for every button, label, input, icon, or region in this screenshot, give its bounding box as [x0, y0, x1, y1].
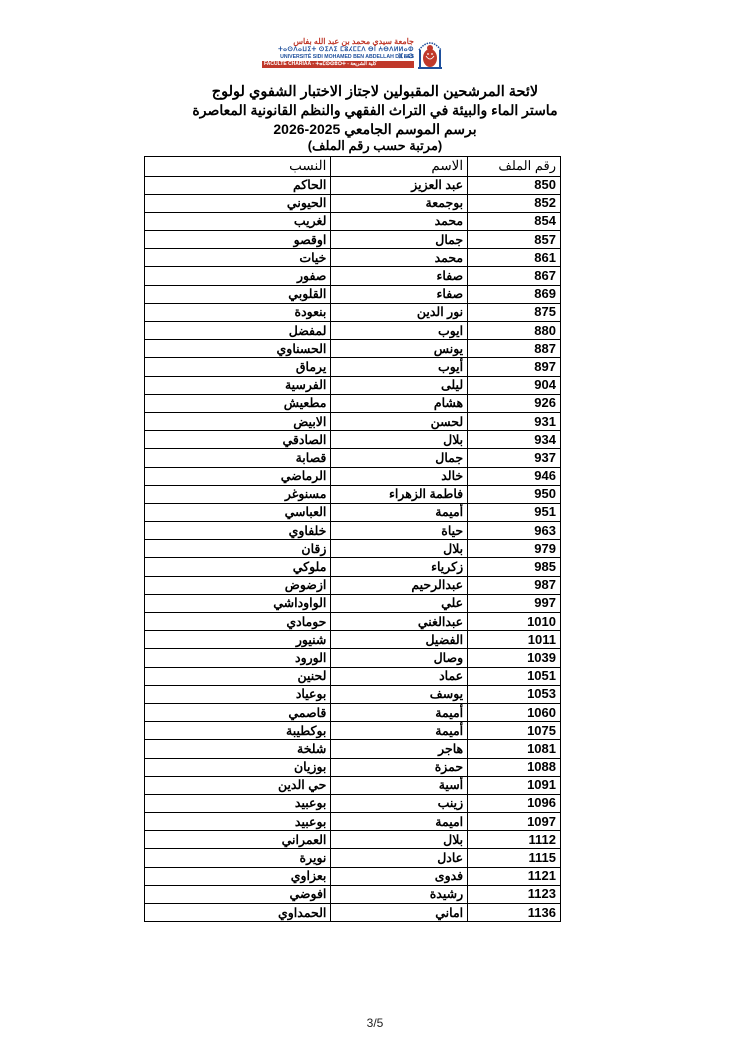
- cell-first-name: علي: [331, 594, 468, 612]
- cell-file-number: 1051: [468, 667, 561, 685]
- cell-first-name: اماني: [331, 904, 468, 922]
- cell-file-number: 1075: [468, 722, 561, 740]
- cell-last-name: حومادي: [145, 613, 331, 631]
- table-row: 1096زينببوعبيد: [145, 794, 561, 812]
- logo-text: جامعة سيدي محمد بن عبد الله بفاس ⵜⴰⵙⴷⴰⵡⵉ…: [262, 38, 414, 68]
- table-row: 1051عمادلحنين: [145, 667, 561, 685]
- cell-first-name: اميمة: [331, 813, 468, 831]
- cell-file-number: 1060: [468, 703, 561, 721]
- cell-last-name: العمراني: [145, 831, 331, 849]
- cell-file-number: 857: [468, 231, 561, 249]
- candidates-table: رقم الملف الاسم النسب 850عبد العزيزالحاك…: [144, 156, 561, 922]
- column-header-file-number: رقم الملف: [468, 157, 561, 177]
- table-row: 1115عادلنويرة: [145, 849, 561, 867]
- cell-file-number: 1123: [468, 885, 561, 903]
- cell-first-name: خالد: [331, 467, 468, 485]
- cell-last-name: الحسناوي: [145, 340, 331, 358]
- table-row: 875نور الدينبنعودة: [145, 303, 561, 321]
- table-row: 1010عبدالغنيحومادي: [145, 613, 561, 631]
- cell-last-name: خلفاوي: [145, 522, 331, 540]
- cell-file-number: 880: [468, 322, 561, 340]
- cell-last-name: الحيوني: [145, 194, 331, 212]
- table-row: 1123رشيدةافوضي: [145, 885, 561, 903]
- cell-first-name: ليلى: [331, 376, 468, 394]
- cell-last-name: ازضوض: [145, 576, 331, 594]
- cell-last-name: بوزيان: [145, 758, 331, 776]
- cell-file-number: 869: [468, 285, 561, 303]
- cell-file-number: 1112: [468, 831, 561, 849]
- cell-last-name: بوعياد: [145, 685, 331, 703]
- cell-first-name: عبدالرحيم: [331, 576, 468, 594]
- table-body: 850عبد العزيزالحاكم852بوجمعةالحيوني854مح…: [145, 176, 561, 922]
- table-row: 963حياةخلفاوي: [145, 522, 561, 540]
- cell-file-number: 1091: [468, 776, 561, 794]
- university-emblem-icon: [417, 36, 443, 70]
- cell-first-name: الفضيل: [331, 631, 468, 649]
- cell-last-name: القلوبي: [145, 285, 331, 303]
- cell-file-number: 1136: [468, 904, 561, 922]
- table-row: 997عليالواوداشي: [145, 594, 561, 612]
- cell-first-name: نور الدين: [331, 303, 468, 321]
- table-row: 979بلالزقان: [145, 540, 561, 558]
- cell-last-name: حي الدين: [145, 776, 331, 794]
- document-title: لائحة المرشحين المقبولين لاجتاز الاختبار…: [0, 84, 750, 100]
- cell-first-name: هشام: [331, 394, 468, 412]
- cell-first-name: يوسف: [331, 685, 468, 703]
- table-row: 1053يوسفبوعياد: [145, 685, 561, 703]
- table-row: 934بلالالصادقي: [145, 431, 561, 449]
- logo-tifinagh: ⵜⴰⵙⴷⴰⵡⵉⵜ ⵙⵉⴷⵉ ⵎⵓⵃⵎⵎⴷ ⴱⵏ ⵄⴱⴷⵍⵍⴰⵀ ⴼⴰⵙ: [262, 47, 414, 54]
- cell-file-number: 987: [468, 576, 561, 594]
- table-row: 985زكرياءملوكي: [145, 558, 561, 576]
- cell-file-number: 950: [468, 485, 561, 503]
- table-header-row: رقم الملف الاسم النسب: [145, 157, 561, 177]
- table-row: 1091أسيةحي الدين: [145, 776, 561, 794]
- cell-file-number: 867: [468, 267, 561, 285]
- cell-first-name: جمال: [331, 449, 468, 467]
- table-row: 857جمالاوقصو: [145, 231, 561, 249]
- table-row: 926هشاممطعيش: [145, 394, 561, 412]
- cell-first-name: عبدالغني: [331, 613, 468, 631]
- table-row: 904ليلىالفرسية: [145, 376, 561, 394]
- table-row: 987عبدالرحيمازضوض: [145, 576, 561, 594]
- cell-last-name: خيات: [145, 249, 331, 267]
- cell-last-name: بنعودة: [145, 303, 331, 321]
- cell-first-name: يونس: [331, 340, 468, 358]
- cell-last-name: افوضي: [145, 885, 331, 903]
- cell-first-name: عماد: [331, 667, 468, 685]
- table-row: 1075أميمةبوكطيبة: [145, 722, 561, 740]
- table-row: 1136امانيالحمداوي: [145, 904, 561, 922]
- cell-file-number: 852: [468, 194, 561, 212]
- cell-last-name: صفور: [145, 267, 331, 285]
- column-header-last-name: النسب: [145, 157, 331, 177]
- cell-last-name: الحاكم: [145, 176, 331, 194]
- table-row: 854محمدلغريب: [145, 212, 561, 230]
- cell-file-number: 887: [468, 340, 561, 358]
- cell-file-number: 1097: [468, 813, 561, 831]
- table-row: 869صفاءالقلوبي: [145, 285, 561, 303]
- cell-last-name: الحمداوي: [145, 904, 331, 922]
- column-header-first-name: الاسم: [331, 157, 468, 177]
- table-row: 937جمالقصابة: [145, 449, 561, 467]
- cell-last-name: شنيور: [145, 631, 331, 649]
- cell-last-name: الرماضي: [145, 467, 331, 485]
- cell-first-name: زكرياء: [331, 558, 468, 576]
- university-logo: جامعة سيدي محمد بن عبد الله بفاس ⵜⴰⵙⴷⴰⵡⵉ…: [262, 38, 442, 72]
- academic-year: برسم الموسم الجامعي 2025-2026: [0, 121, 750, 138]
- cell-first-name: بوجمعة: [331, 194, 468, 212]
- cell-last-name: مسنوغر: [145, 485, 331, 503]
- logo-faculty: FACULTE CHARIAA - ⵜⴰⵎⵙⵙⵓⵔⵜ - كلية الشريع…: [262, 61, 414, 68]
- cell-last-name: لحنين: [145, 667, 331, 685]
- table-row: 1112بلالالعمراني: [145, 831, 561, 849]
- cell-file-number: 934: [468, 431, 561, 449]
- cell-first-name: رشيدة: [331, 885, 468, 903]
- cell-first-name: محمد: [331, 249, 468, 267]
- cell-file-number: 1096: [468, 794, 561, 812]
- cell-last-name: الابيض: [145, 412, 331, 430]
- cell-file-number: 897: [468, 358, 561, 376]
- table-row: 887يونسالحسناوي: [145, 340, 561, 358]
- cell-first-name: أيوب: [331, 358, 468, 376]
- table-row: 1060أميمةقاصمي: [145, 703, 561, 721]
- cell-first-name: صفاء: [331, 285, 468, 303]
- cell-first-name: حمزة: [331, 758, 468, 776]
- table-row: 850عبد العزيزالحاكم: [145, 176, 561, 194]
- cell-last-name: ملوكي: [145, 558, 331, 576]
- cell-last-name: الفرسية: [145, 376, 331, 394]
- cell-first-name: لحسن: [331, 412, 468, 430]
- cell-file-number: 1011: [468, 631, 561, 649]
- cell-file-number: 937: [468, 449, 561, 467]
- cell-first-name: أسية: [331, 776, 468, 794]
- cell-last-name: الواوداشي: [145, 594, 331, 612]
- cell-first-name: محمد: [331, 212, 468, 230]
- page-number: 3/5: [0, 1016, 750, 1030]
- cell-first-name: أميمة: [331, 503, 468, 521]
- cell-file-number: 875: [468, 303, 561, 321]
- cell-file-number: 926: [468, 394, 561, 412]
- cell-first-name: حياة: [331, 522, 468, 540]
- cell-file-number: 861: [468, 249, 561, 267]
- table-row: 897أيوبيرماق: [145, 358, 561, 376]
- cell-first-name: هاجر: [331, 740, 468, 758]
- cell-first-name: أميمة: [331, 703, 468, 721]
- cell-file-number: 854: [468, 212, 561, 230]
- cell-last-name: نويرة: [145, 849, 331, 867]
- table-row: 852بوجمعةالحيوني: [145, 194, 561, 212]
- cell-file-number: 997: [468, 594, 561, 612]
- cell-first-name: زينب: [331, 794, 468, 812]
- table-row: 1011الفضيلشنيور: [145, 631, 561, 649]
- cell-file-number: 1053: [468, 685, 561, 703]
- table-row: 880ايوبلمفضل: [145, 322, 561, 340]
- cell-first-name: عادل: [331, 849, 468, 867]
- table-row: 861محمدخيات: [145, 249, 561, 267]
- cell-file-number: 1010: [468, 613, 561, 631]
- sort-note: (مرتبة حسب رقم الملف): [0, 138, 750, 154]
- cell-first-name: وصال: [331, 649, 468, 667]
- cell-file-number: 850: [468, 176, 561, 194]
- table-row: 1039وصالالورود: [145, 649, 561, 667]
- logo-french: UNIVERSITÉ SIDI MOHAMED BEN ABDELLAH DE …: [262, 54, 414, 61]
- cell-first-name: عبد العزيز: [331, 176, 468, 194]
- table-row: 1081هاجرشلخة: [145, 740, 561, 758]
- table-row: 951أميمةالعباسي: [145, 503, 561, 521]
- cell-file-number: 1088: [468, 758, 561, 776]
- cell-file-number: 1081: [468, 740, 561, 758]
- cell-last-name: شلخة: [145, 740, 331, 758]
- table-row: 931لحسنالابيض: [145, 412, 561, 430]
- cell-file-number: 931: [468, 412, 561, 430]
- cell-last-name: يرماق: [145, 358, 331, 376]
- cell-last-name: زقان: [145, 540, 331, 558]
- cell-first-name: صفاء: [331, 267, 468, 285]
- cell-first-name: بلال: [331, 540, 468, 558]
- cell-file-number: 951: [468, 503, 561, 521]
- table-row: 867صفاءصفور: [145, 267, 561, 285]
- cell-last-name: بوعبيد: [145, 813, 331, 831]
- cell-file-number: 1121: [468, 867, 561, 885]
- table-row: 946خالدالرماضي: [145, 467, 561, 485]
- cell-file-number: 963: [468, 522, 561, 540]
- cell-first-name: بلال: [331, 831, 468, 849]
- cell-last-name: مطعيش: [145, 394, 331, 412]
- cell-last-name: لغريب: [145, 212, 331, 230]
- cell-file-number: 1039: [468, 649, 561, 667]
- cell-last-name: بوعبيد: [145, 794, 331, 812]
- cell-last-name: قاصمي: [145, 703, 331, 721]
- table-row: 1088حمزةبوزيان: [145, 758, 561, 776]
- cell-last-name: الورود: [145, 649, 331, 667]
- cell-file-number: 1115: [468, 849, 561, 867]
- cell-file-number: 946: [468, 467, 561, 485]
- cell-first-name: جمال: [331, 231, 468, 249]
- cell-last-name: اوقصو: [145, 231, 331, 249]
- cell-last-name: الصادقي: [145, 431, 331, 449]
- cell-first-name: فاطمة الزهراء: [331, 485, 468, 503]
- program-title: ماستر الماء والبيئة في التراث الفقهي وال…: [0, 102, 750, 119]
- cell-last-name: بوكطيبة: [145, 722, 331, 740]
- table-row: 1121فدوىبعزاوي: [145, 867, 561, 885]
- table-row: 1097اميمةبوعبيد: [145, 813, 561, 831]
- table-row: 950فاطمة الزهراءمسنوغر: [145, 485, 561, 503]
- cell-file-number: 985: [468, 558, 561, 576]
- cell-last-name: العباسي: [145, 503, 331, 521]
- cell-first-name: فدوى: [331, 867, 468, 885]
- cell-last-name: لمفضل: [145, 322, 331, 340]
- cell-first-name: ايوب: [331, 322, 468, 340]
- cell-first-name: أميمة: [331, 722, 468, 740]
- cell-first-name: بلال: [331, 431, 468, 449]
- cell-file-number: 904: [468, 376, 561, 394]
- logo-arabic: جامعة سيدي محمد بن عبد الله بفاس: [262, 38, 414, 47]
- cell-last-name: قصابة: [145, 449, 331, 467]
- cell-file-number: 979: [468, 540, 561, 558]
- cell-last-name: بعزاوي: [145, 867, 331, 885]
